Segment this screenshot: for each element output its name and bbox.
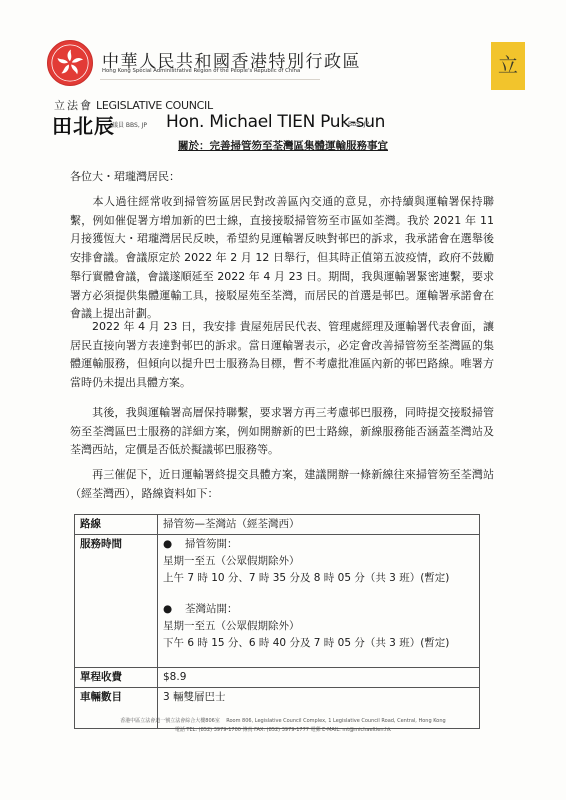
paragraph-4: 再三催促下，近日運輸署終提交具體方案，建議開辦一條新線往來掃管笏至荃灣站（經荃灣… <box>70 466 494 503</box>
paragraph-3: 其後，我與運輸署高層保持聯繫，要求署方再三考慮邨巴服務，同時提交接駁掃管笏至荃灣… <box>70 404 494 460</box>
paragraph-1: 本人過往經常收到掃管笏區居民對改善區內交通的意見，亦持續與運輸署保持聯繫，例如催… <box>70 193 494 324</box>
service-hours-cell: ●掃管笏開： 星期一至五（公眾假期除外） 上午 7 時 10 分、7 時 35 … <box>158 535 480 668</box>
paragraph-text: 再三催促下，近日運輸署終提交具體方案，建議開辦一條新線往來掃管笏至荃灣站（經荃灣… <box>70 468 494 500</box>
table-row: 服務時間 ●掃管笏開： 星期一至五（公眾假期除外） 上午 7 時 10 分、7 … <box>75 535 480 668</box>
hksar-emblem-icon <box>47 40 93 86</box>
letter-subject: 關於：完善掃管笏至荃灣區集體運輸服務事宜 <box>0 138 566 153</box>
departure-days: 星期一至五（公眾假期除外） <box>163 553 474 570</box>
row-value: $8.9 <box>158 668 480 688</box>
table-row: 單程收費 $8.9 <box>75 668 480 688</box>
paragraph-text: 其後，我與運輸署高層保持聯繫，要求署方再三考慮邨巴服務，同時提交接駁掃管笏至荃灣… <box>70 406 494 456</box>
member-title-english: BBS, JP <box>348 121 369 128</box>
footer-contact: 電話 TEL: (852) 3979-1700 傳真 FAX: (852) 39… <box>0 726 566 733</box>
row-label: 單程收費 <box>75 668 158 688</box>
paragraph-text: 本人過往經常收到掃管笏區居民對改善區內交通的意見，亦持續與運輸署保持聯繫，例如催… <box>70 195 494 320</box>
departure-origin: 荃灣站開： <box>185 603 238 615</box>
table-row: 路線 掃管笏—荃灣站（經荃灣西） <box>75 515 480 535</box>
subject-text: 關於：完善掃管笏至荃灣區集體運輸服務事宜 <box>178 140 388 152</box>
departure-days: 星期一至五（公眾假期除外） <box>163 618 474 635</box>
footer-address: 香港中區立法會道一號立法會綜合大樓806室 Room 806, Legislat… <box>0 717 566 724</box>
member-name-chinese: 田北辰 <box>52 110 115 139</box>
legco-logo-icon: 立 <box>491 42 525 90</box>
government-name-english: Hong Kong Special Administrative Region … <box>102 68 300 74</box>
route-info-table: 路線 掃管笏—荃灣站（經荃灣西） 服務時間 ●掃管笏開： 星期一至五（公眾假期除… <box>74 514 480 729</box>
row-label: 服務時間 <box>75 535 158 668</box>
departure-origin: 掃管笏開： <box>185 538 238 550</box>
departure-times: 下午 6 時 15 分、6 時 40 分及 7 時 05 分（共 3 班）(暫定… <box>163 635 474 652</box>
footer-address-english: Room 806, Legislative Council Complex, 1… <box>226 718 445 724</box>
paragraph-2: 2022 年 4 月 23 日，我安排 貴屋苑居民代表、管理處經理及運輸署代表會… <box>70 318 494 393</box>
paragraph-text: 2022 年 4 月 23 日，我安排 貴屋苑居民代表、管理處經理及運輸署代表會… <box>70 320 494 389</box>
departure-times: 上午 7 時 10 分、7 時 35 分及 8 時 05 分（共 3 班）(暫定… <box>163 570 474 587</box>
bullet-icon: ● <box>163 601 185 618</box>
letter-salutation: 各位大・珺瓏灣居民： <box>70 168 180 184</box>
footer-address-chinese: 香港中區立法會道一號立法會綜合大樓806室 <box>120 718 220 724</box>
row-value: 掃管笏—荃灣站（經荃灣西） <box>158 515 480 535</box>
svg-text:立: 立 <box>498 53 518 77</box>
header-divider <box>100 79 320 80</box>
row-label: 路線 <box>75 515 158 535</box>
member-title-chinese: 議員 BBS, JP <box>112 120 147 129</box>
bullet-icon: ● <box>163 536 185 553</box>
